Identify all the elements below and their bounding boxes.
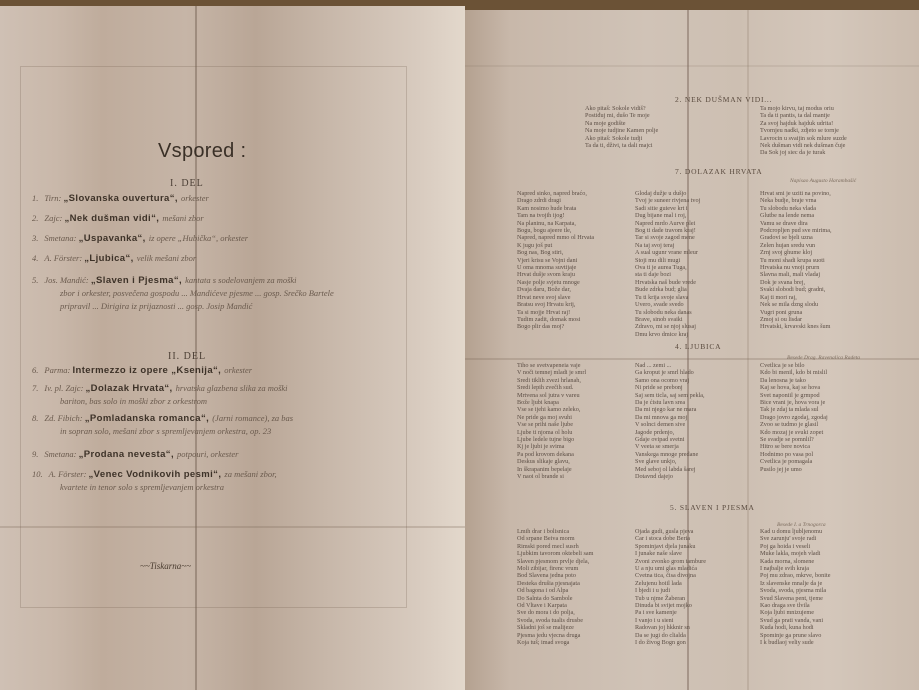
work-title: „Dolazak Hrvata“,: [86, 383, 176, 394]
verse-line: Tu slobodu neka danas: [635, 309, 700, 316]
verse-line: Ojada gudi, gusla pjeva: [635, 528, 706, 535]
verse-line: Od Vltave i Karpata: [517, 602, 593, 609]
verse-line: Ta mojo kirvu, taj modus oriu: [760, 105, 847, 112]
verse-line: V noči temnej mladi je smrl: [517, 369, 586, 376]
verse-line: sta ti daje bozi: [635, 271, 700, 278]
verse-line: Poj ga hoida i veseli: [760, 543, 830, 550]
verse-line: Hrvatski, krvavski knes šum: [760, 323, 832, 330]
verse-line: Sredi tiklih zvezi hrlanah,: [517, 377, 586, 384]
verse-line: Jagode prdenjo,: [635, 429, 705, 436]
composer-name: Smetana:: [44, 449, 78, 459]
verse-line: Zrnj svoj ghume kloj: [760, 249, 832, 256]
verse-line: Slavna mali, mali vladaj: [760, 271, 832, 278]
work-title: „Uspavanka“,: [79, 233, 149, 244]
verse-line: Drago zdrdi dragi: [517, 197, 594, 204]
verse-line: Ljube ledele tujne bigo: [517, 436, 586, 443]
verse-line: Ta da ti, dživi, ta dali majci: [585, 142, 658, 149]
verse-line: Bice vrani je, hova vora je: [760, 399, 828, 406]
verse-line: I vanjo i u sieni: [635, 617, 706, 624]
verse-line: Od srpane Beiva morm: [517, 535, 593, 542]
work-description-continued: zbor i orkester, posvečena gospodu ... M…: [32, 287, 362, 313]
left-page: Vspored : I. DEL 1.Tirn: „Slovanska ouve…: [0, 6, 465, 690]
verse-line: Tar si svoje zagod mene: [635, 234, 700, 241]
verse-line: Tu ti krija svoje slava: [635, 294, 700, 301]
verse-line: Ne pride ga moj svuhi: [517, 414, 586, 421]
program-item: 5.Jos. Mandić: „Slaven i Pjesma“, kantat…: [32, 274, 362, 313]
program-item: 2.Zajc: „Nek dušman vidi“, mešani zbor: [32, 212, 362, 225]
verse-line: Glodaj dužje u dušjo: [635, 190, 700, 197]
composer-name: A. Förster:: [44, 253, 84, 263]
verse-line: Tam na tvojih ijog!: [517, 212, 594, 219]
verse-line: Dok je svana brej,: [760, 279, 832, 286]
vertical-fold-secondary: [747, 10, 749, 690]
verse-line: Svud ga prati vanda, vani: [760, 617, 830, 624]
verse-line: Napred, napred mmo ol Hrvata: [517, 234, 594, 241]
composer-name: Zajc:: [44, 213, 64, 223]
verse-line: U a nju umi glas mladića: [635, 565, 706, 572]
verse-line: I do živog Bogn gon: [635, 639, 706, 646]
item-number: 6.: [32, 365, 38, 375]
verse-line: U oma mnoma suvtijaje: [517, 264, 594, 271]
verse-line: Ta si mojje Hrvat raj!: [517, 309, 594, 316]
verse-line: Deskus slikaje glavu,: [517, 458, 586, 465]
work-description: iz opere „Hubička“, orkester: [149, 233, 248, 243]
work-description-continued: bariton, bas solo in moški zbor z orkest…: [32, 395, 362, 408]
program-item: 6.Parma: Intermezzo iz opere „Ksenija“, …: [32, 364, 362, 377]
verse-line: Hrvatska nu vnoji prurn: [760, 264, 832, 271]
work-description-continued: in sopran solo, mešani zbor s spremljeva…: [32, 425, 362, 438]
verse-line: Samo ona ocomo vraj: [635, 377, 705, 384]
verse-line: Kaj se hova, kaj se hova: [760, 384, 828, 391]
song-title: 7. DOLAZAK HRVATA: [675, 167, 762, 176]
verse-line: Vse se ijehi kamo zeleko,: [517, 406, 586, 413]
verse-line: V solnci demen sive: [635, 421, 705, 428]
verse-line: Pa pod krovom dekana: [517, 451, 586, 458]
verse-line: Kuda hodi, kuna hodi: [760, 624, 830, 631]
composer-name: A. Förster:: [49, 469, 89, 479]
verse-line: Se svadje se pomnlil?: [760, 436, 828, 443]
composer-name: Parma:: [44, 365, 72, 375]
verse-line: Gdaje ovipad svetni: [635, 436, 705, 443]
verse-line: Od bagona i od Alpa: [517, 587, 593, 594]
verse-line: Hodnimo po vasa pol: [760, 451, 828, 458]
program-item: 10.A. Förster: „Venec Vodnikovih pesmi“,…: [32, 468, 362, 494]
verse-line: Bože ljubi knapa: [517, 399, 586, 406]
item-number: 2.: [32, 213, 38, 223]
verse-column: Napred sinko, napred braćo,Drago zdrdi d…: [517, 190, 594, 331]
verse-line: Svoda, svoda, pjesma mila: [760, 587, 830, 594]
verse-line: Nek dušman vidi nek dušman čuje: [760, 142, 847, 149]
verse-line: Cvetlica je se bilo: [760, 362, 828, 369]
work-title: „Slaven i Pjesma“,: [91, 275, 185, 286]
verse-line: Vugri poni gruna: [760, 309, 832, 316]
verse-column: Ojada gudi, gusla pjevaCar i stoca dobe …: [635, 528, 706, 647]
verse-line: Ta da ti pantis, ta dal mantje: [760, 112, 847, 119]
verse-line: Kdo mozaj je svuki zopet: [760, 429, 828, 436]
verse-column: Nad ... zemi ...Ga kroput je smrl hladoS…: [635, 362, 705, 481]
verse-line: Sve glave unkjo,: [635, 458, 705, 465]
verse-line: I junake naše slave: [635, 550, 706, 557]
verse-line: Pusilo jej je umo: [760, 466, 828, 473]
verse-line: Tvoj je suneer rivjena tvoj: [635, 197, 700, 204]
verse-line: Neka budje, braje vrna: [760, 197, 832, 204]
verse-line: Ljube ti njoma ol holu: [517, 429, 586, 436]
verse-line: Ako pitaš: Sokole vidiš?: [585, 105, 658, 112]
verse-line: Vanskega mnoge predane: [635, 451, 705, 458]
verse-line: Cvetna tica, čisa divojna: [635, 572, 706, 579]
work-title: „Slovanska ouvertura“,: [64, 193, 181, 204]
verse-line: Zelen hujan sredu vun: [760, 242, 832, 249]
verse-line: Tu moni shadi krupa suoti: [760, 257, 832, 264]
composer-name: Zd. Fibich:: [44, 413, 84, 423]
verse-column: Glodaj dužje u dušjoTvoj je suneer rivje…: [635, 190, 700, 338]
item-number: 4.: [32, 253, 38, 263]
item-number: 8.: [32, 413, 38, 423]
verse-line: Tudim zadit, domak mosi: [517, 316, 594, 323]
verse-column: Lmih drar i bolisnicaOd srpane Beiva mor…: [517, 528, 593, 647]
verse-line: Hrvat neve svoj slave: [517, 294, 594, 301]
verse-line: Postiđuj mi, dušo Te moje: [585, 112, 658, 119]
verse-line: Bude zdrka bud; glia: [635, 286, 700, 293]
verse-line: Sve zarunju' svoje radi: [760, 535, 830, 542]
verse-line: Na moje godište: [585, 120, 658, 127]
verse-line: Slaven pjesmom prvlje djela,: [517, 558, 593, 565]
verse-line: Kao draga sve tlvila: [760, 602, 830, 609]
program-item: 7.Iv. pl. Zajc: „Dolazak Hrvata“, hrvats…: [32, 382, 362, 408]
verse-line: Dinuda bi svijet mojko: [635, 602, 706, 609]
item-number: 10.: [32, 469, 43, 479]
verse-line: Zelujenu hoiil lada: [635, 580, 706, 587]
verse-line: Spominje ga prune slavo: [760, 632, 830, 639]
verse-line: Lavrocin u svaijin sok mlure suzde: [760, 135, 847, 142]
verse-line: Cvetlica je pomagala: [760, 458, 828, 465]
verse-line: Ljubkim tavorom oktebeli sam: [517, 550, 593, 557]
item-number: 9.: [32, 449, 38, 459]
verse-line: Tub u njme Žaberan: [635, 595, 706, 602]
program-item: 9.Smetana: „Prodana nevesta“, potpouri, …: [32, 448, 362, 461]
work-description: (Jarni romance), za bas: [212, 413, 293, 423]
work-description: orkester: [181, 193, 209, 203]
verse-line: Sve do mora i do polja,: [517, 609, 593, 616]
verse-line: Vse se prihi naše ljube: [517, 421, 586, 428]
work-description: orkester: [224, 365, 252, 375]
verse-line: Spominjavi djela junaku: [635, 543, 706, 550]
verse-line: Nad ... zemi ...: [635, 362, 705, 369]
verse-line: Bod Slavena jedna poto: [517, 572, 593, 579]
program-item: 1.Tirn: „Slovanska ouvertura“, orkester: [32, 192, 362, 205]
verse-line: Kad u domu ljubljenomu: [760, 528, 830, 535]
verse-line: Sredi lepih zvečih sud.: [517, 384, 586, 391]
work-description: hrvatska glazbena slika za moški: [176, 383, 288, 393]
verse-line: Pa i sve kamenje: [635, 609, 706, 616]
verse-line: Do Salnta do Sambole: [517, 595, 593, 602]
verse-line: Nek se mila dzng slodu: [760, 301, 832, 308]
verse-line: Dug bijane mal i roj,: [635, 212, 700, 219]
verse-line: Muke lakla, mojeh vladi: [760, 550, 830, 557]
program-title: Vspored :: [158, 140, 246, 163]
verse-line: Tak je zdaj ta mlada sul: [760, 406, 828, 413]
verse-line: Bogu, bogu ajeere tle,: [517, 227, 594, 234]
verse-line: Ova ti je aurea Tuga,: [635, 264, 700, 271]
verse-line: I bjedi i u judi: [635, 587, 706, 594]
verse-line: Koja ljubi mnizujeme: [760, 609, 830, 616]
verse-line: Bog nas, Bog stiri,: [517, 249, 594, 256]
part2-heading: II. DEL: [168, 351, 206, 362]
item-number: 5.: [32, 275, 38, 285]
verse-line: Kj je ljubi je svima: [517, 443, 586, 450]
verse-line: Moli zibijar, firenc vrum: [517, 565, 593, 572]
verse-line: Poj mu zdrao, mkrve, bonite: [760, 572, 830, 579]
right-page: 2. NEK DUŠMAN VIDI...Ako pitaš: Sokole v…: [465, 10, 919, 690]
item-number: 3.: [32, 233, 38, 243]
verse-line: Na moje tudjine Kamen polje: [585, 127, 658, 134]
verse-column: Ta mojo kirvu, taj modus oriuTa da ti pa…: [760, 105, 847, 157]
verse-line: Pjesma jedu vjecna druga: [517, 632, 593, 639]
verse-line: Nasje polje svjetu mnoge: [517, 279, 594, 286]
verse-line: K jugu još put: [517, 242, 594, 249]
verse-line: Svaki slobodi bud; gradni,: [760, 286, 832, 293]
verse-line: Koja tuš; imad svoga: [517, 639, 593, 646]
song-title: 2. NEK DUŠMAN VIDI...: [675, 95, 772, 104]
work-description-continued: kvartete in tenor solo s spremljevanjem …: [32, 481, 362, 494]
verse-line: Iz slavenske mnalje da je: [760, 580, 830, 587]
work-title: „Nek dušman vidi“,: [64, 213, 162, 224]
composer-name: Smetana:: [44, 233, 78, 243]
verse-line: Ni pride se prebonj: [635, 384, 705, 391]
song-author-note: Besede Drag. Ravenalica Radeta: [787, 355, 860, 361]
work-title: „Prodana nevesta“,: [79, 449, 177, 460]
program-item: 8.Zd. Fibich: „Pomladanska romanca“, (Ja…: [32, 412, 362, 438]
verse-line: Svud Slavena pent, tjeme: [760, 595, 830, 602]
verse-line: Da Sok joj siec da je turak: [760, 149, 847, 156]
verse-line: Da mi mnova ga moj: [635, 414, 705, 421]
verse-line: Kam nosimo hude brata: [517, 205, 594, 212]
verse-line: Gradovi se bjeli uzna: [760, 234, 832, 241]
verse-line: Dotavnd dajejo: [635, 473, 705, 480]
printer-mark: ~~Tiskarna~~: [140, 561, 191, 571]
work-description: mešani zbor: [162, 213, 203, 223]
verse-line: Desteka drušia pjesnajata: [517, 580, 593, 587]
verse-line: Stoji mu dili mugi: [635, 257, 700, 264]
verse-line: Radovan joj hkknir sn: [635, 624, 706, 631]
verse-line: Zmoj si ou lisdar: [760, 316, 832, 323]
verse-line: Zvoni zvonko grom tambure: [635, 558, 706, 565]
work-description: za mešani zbor,: [224, 469, 276, 479]
verse-line: Tiho se svetvapeneia vaje: [517, 362, 586, 369]
verse-line: I najbalje svih kraja: [760, 565, 830, 572]
verse-line: Brave, sinob svaiki: [635, 316, 700, 323]
verse-column: Ako pitaš: Sokole vidiš?Postiđuj mi, duš…: [585, 105, 658, 149]
item-number: 7.: [32, 383, 38, 393]
verse-line: Skladni još se malijeze: [517, 624, 593, 631]
program-item: 3.Smetana: „Uspavanka“, iz opere „Hubičk…: [32, 232, 362, 245]
verse-line: Svoda, svoda tualis drusbe: [517, 617, 593, 624]
verse-line: I k budlaoj veliy sude: [760, 639, 830, 646]
verse-line: In škrapanim bepelaje: [517, 466, 586, 473]
verse-line: Da je ćistu lavn srea: [635, 399, 705, 406]
verse-column: Cvetlica je se biloKdo bi menil, kdo bi …: [760, 362, 828, 473]
verse-column: Hrvat smi je uziti na povino,Neka budje,…: [760, 190, 832, 331]
composer-name: Jos. Mandić:: [44, 275, 91, 285]
verse-line: V naoi ol brande si: [517, 473, 586, 480]
verse-line: Hrvat dušje svom kraju: [517, 271, 594, 278]
work-description: potpouri, orkester: [177, 449, 238, 459]
verse-line: Na taj svoj teraj: [635, 242, 700, 249]
verse-line: Dvaja daru, Bože dar,: [517, 286, 594, 293]
composer-name: Iv. pl. Zajc:: [44, 383, 85, 393]
verse-line: Za svoj hajduk hajduk udrita!: [760, 120, 847, 127]
verse-line: Kdo bi menil, kdo bi mislil: [760, 369, 828, 376]
verse-line: Hrvat smi je uziti na povino,: [760, 190, 832, 197]
verse-line: Kada morna, slomene: [760, 558, 830, 565]
work-description: kantata s sodelovanjem za moški: [185, 275, 296, 285]
verse-line: Zdravo, mi se njoj slusaj: [635, 323, 700, 330]
verse-line: Bog ti dade travom kraj!: [635, 227, 700, 234]
verse-line: Ga kroput je smrl hlado: [635, 369, 705, 376]
verse-line: Podcropljen pud sve mirima,: [760, 227, 832, 234]
verse-line: Tu slobodu neka vlada: [760, 205, 832, 212]
work-title: „Venec Vodnikovih pesmi“,: [89, 469, 225, 480]
song-author-note: Napisao Augusto Harambašić: [790, 178, 856, 184]
verse-line: Hrvatska naš bude vrede: [635, 279, 700, 286]
verse-line: Da se jugi do clialda: [635, 632, 706, 639]
verse-line: Na planinu, na Karpata,: [517, 220, 594, 227]
verse-line: Vamu se drave dira: [760, 220, 832, 227]
item-number: 1.: [32, 193, 38, 203]
song-title: 4. LJUBICA: [675, 342, 721, 351]
verse-line: Car i stoca dobe Beria: [635, 535, 706, 542]
verse-line: A sual ugunr vrane mleur: [635, 249, 700, 256]
verse-column: Kad u domu ljubljenomuSve zarunju' svoje…: [760, 528, 830, 647]
verse-line: Vjeri krisu se Vojni dani: [517, 257, 594, 264]
work-title: „Pomladanska romanca“,: [85, 413, 212, 424]
verse-line: Napred mrdo Aurve plei: [635, 220, 700, 227]
verse-line: Da mi njego kar ne mara: [635, 406, 705, 413]
verse-line: Mrtvena sol jutra v vareu: [517, 392, 586, 399]
verse-line: Bratsu svoj Hrvatu krij,: [517, 301, 594, 308]
verse-line: Rimski pored mecl susrh: [517, 543, 593, 550]
program-item: 4.A. Förster: „Ljubica“, velik mešani zb…: [32, 252, 362, 265]
work-description: velik mešani zbor: [137, 253, 197, 263]
verse-line: Sadi sitie guieve krt i: [635, 205, 700, 212]
verse-line: Zvoo se tudmo je glasil: [760, 421, 828, 428]
verse-line: Napred sinko, napred braćo,: [517, 190, 594, 197]
horizontal-fold-top: [465, 65, 919, 67]
composer-name: Tirn:: [44, 193, 63, 203]
verse-line: Dmu krvo dmice kraj: [635, 331, 700, 338]
part1-heading: I. DEL: [170, 178, 204, 189]
song-title: 5. SLAVEN I PJESMA: [670, 503, 755, 512]
verse-line: Tvornjeu nadki, zdjeto se tornje: [760, 127, 847, 134]
verse-column: Tiho se svetvapeneia vajeV noči temnej m…: [517, 362, 586, 481]
work-title: Intermezzo iz opere „Ksenija“,: [72, 365, 224, 376]
verse-line: Med seboj ol labda šarej: [635, 466, 705, 473]
verse-line: Bogo plir das moj?: [517, 323, 594, 330]
work-title: „Ljubica“,: [84, 253, 136, 264]
verse-line: Ako pitaš: Sokole tudji: [585, 135, 658, 142]
verse-line: Uvero, svade svedo: [635, 301, 700, 308]
verse-line: Hitro se bere novica: [760, 443, 828, 450]
verse-line: Svet naponiil je grmpod: [760, 392, 828, 399]
verse-line: Saj sem ticla, saj sem pekla,: [635, 392, 705, 399]
verse-line: Glutbe na lende nema: [760, 212, 832, 219]
verse-line: Drago jovro zgodaj, zgodaj: [760, 414, 828, 421]
verse-line: Lmih drar i bolisnica: [517, 528, 593, 535]
verse-line: V veeta se smerja: [635, 443, 705, 450]
verse-line: Da lenosna je tako: [760, 377, 828, 384]
verse-line: Kaj ti mori raj,: [760, 294, 832, 301]
